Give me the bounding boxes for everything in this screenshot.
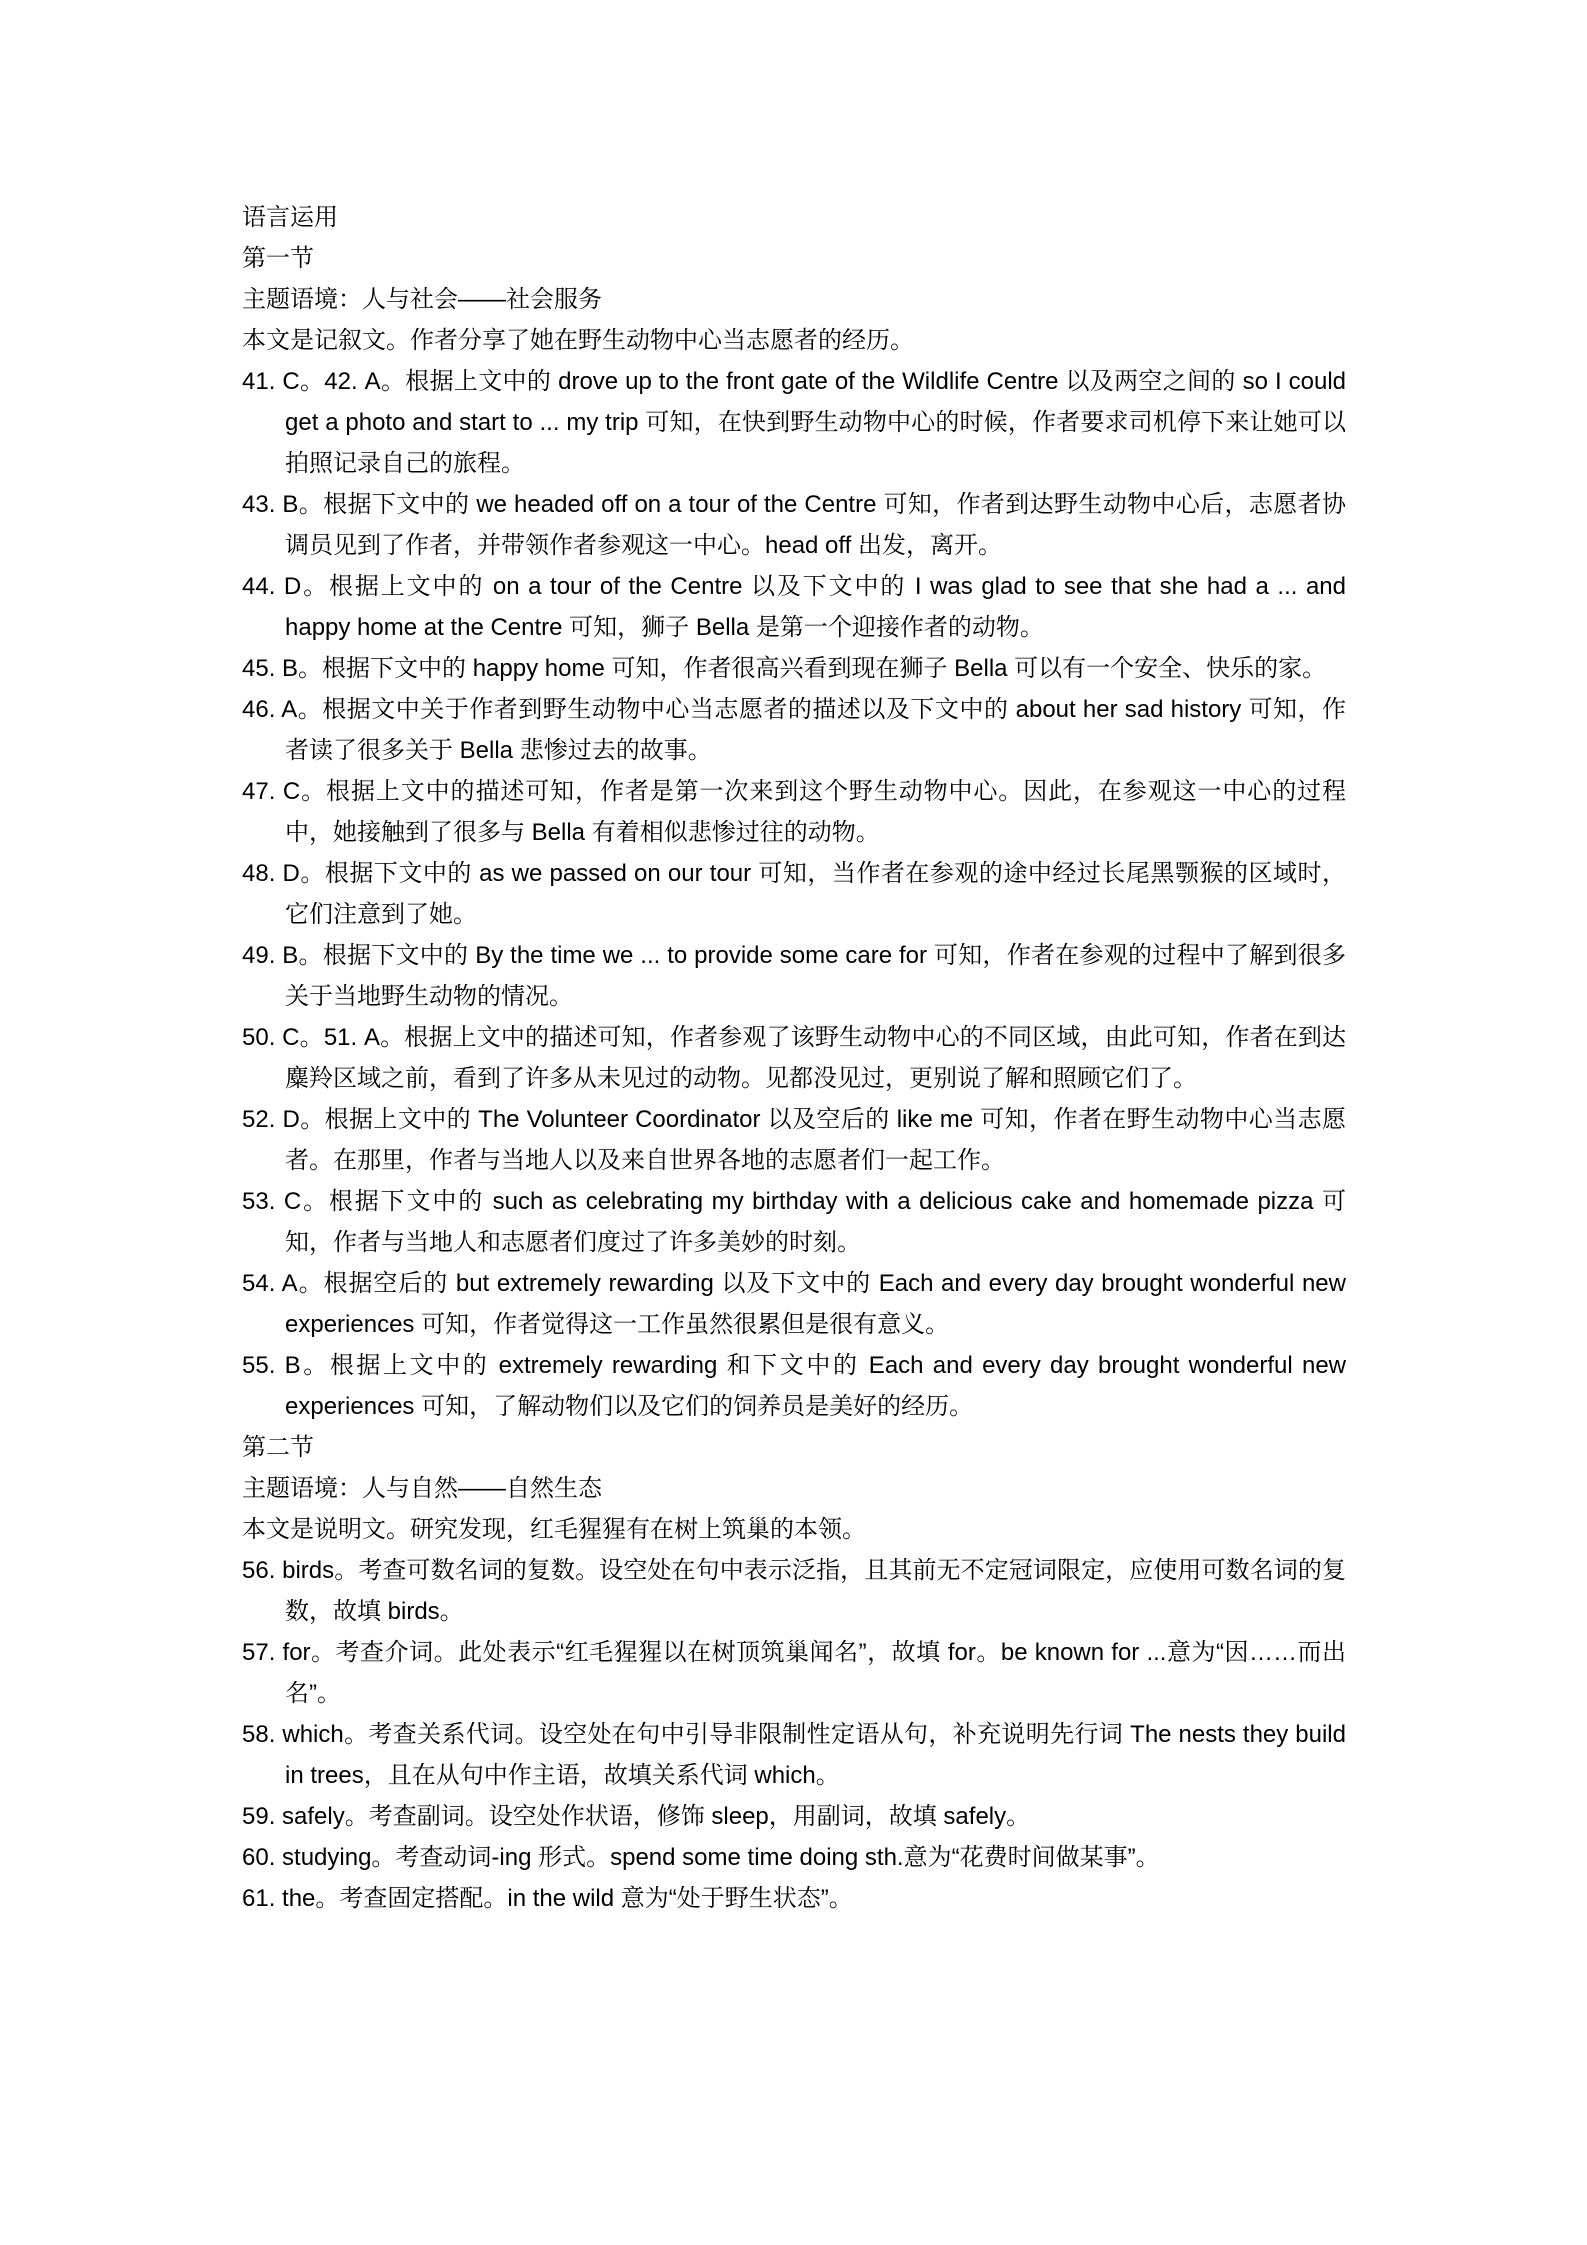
answer-explanation-item: 53. C。根据下文中的 such as celebrating my birt… — [242, 1181, 1346, 1263]
summary-paragraph: 本文是说明文。研究发现，红毛猩猩有在树上筑巢的本领。 — [242, 1509, 1346, 1550]
answer-explanation-item: 47. C。根据上文中的描述可知，作者是第一次来到这个野生动物中心。因此，在参观… — [242, 771, 1346, 853]
answer-explanation-item: 41. C。42. A。根据上文中的 drove up to the front… — [242, 361, 1346, 484]
section-heading: 主题语境：人与自然——自然生态 — [242, 1468, 1346, 1509]
document-page: { "colors": { "background": "#ffffff", "… — [0, 0, 1587, 2245]
answer-explanation-item: 55. B。根据上文中的 extremely rewarding 和下文中的 E… — [242, 1345, 1346, 1427]
summary-paragraph: 本文是记叙文。作者分享了她在野生动物中心当志愿者的经历。 — [242, 320, 1346, 361]
answer-explanation-item: 57. for。考查介词。此处表示“红毛猩猩以在树顶筑巢闻名”，故填 for。b… — [242, 1632, 1346, 1714]
answer-explanation-item: 45. B。根据下文中的 happy home 可知，作者很高兴看到现在狮子 B… — [242, 648, 1346, 689]
answer-explanation-item: 50. C。51. A。根据上文中的描述可知，作者参观了该野生动物中心的不同区域… — [242, 1017, 1346, 1099]
answer-explanation-item: 52. D。根据上文中的 The Volunteer Coordinator 以… — [242, 1099, 1346, 1181]
answer-explanation-item: 54. A。根据空后的 but extremely rewarding 以及下文… — [242, 1263, 1346, 1345]
answer-explanation-item: 58. which。考查关系代词。设空处在句中引导非限制性定语从句，补充说明先行… — [242, 1714, 1346, 1796]
answer-explanation-item: 46. A。根据文中关于作者到野生动物中心当志愿者的描述以及下文中的 about… — [242, 689, 1346, 771]
document-content: 语言运用第一节主题语境：人与社会——社会服务本文是记叙文。作者分享了她在野生动物… — [242, 197, 1346, 1919]
section-heading: 语言运用 — [242, 197, 1346, 238]
section-heading: 第二节 — [242, 1427, 1346, 1468]
answer-explanation-item: 61. the。考查固定搭配。in the wild 意为“处于野生状态”。 — [242, 1878, 1346, 1919]
answer-explanation-item: 60. studying。考查动词-ing 形式。spend some time… — [242, 1837, 1346, 1878]
section-heading: 第一节 — [242, 238, 1346, 279]
answer-explanation-item: 43. B。根据下文中的 we headed off on a tour of … — [242, 484, 1346, 566]
answer-explanation-item: 49. B。根据下文中的 By the time we ... to provi… — [242, 935, 1346, 1017]
answer-explanation-item: 48. D。根据下文中的 as we passed on our tour 可知… — [242, 853, 1346, 935]
section-heading: 主题语境：人与社会——社会服务 — [242, 279, 1346, 320]
answer-explanation-item: 59. safely。考查副词。设空处作状语，修饰 sleep，用副词，故填 s… — [242, 1796, 1346, 1837]
answer-explanation-item: 44. D。根据上文中的 on a tour of the Centre 以及下… — [242, 566, 1346, 648]
answer-explanation-item: 56. birds。考查可数名词的复数。设空处在句中表示泛指，且其前无不定冠词限… — [242, 1550, 1346, 1632]
